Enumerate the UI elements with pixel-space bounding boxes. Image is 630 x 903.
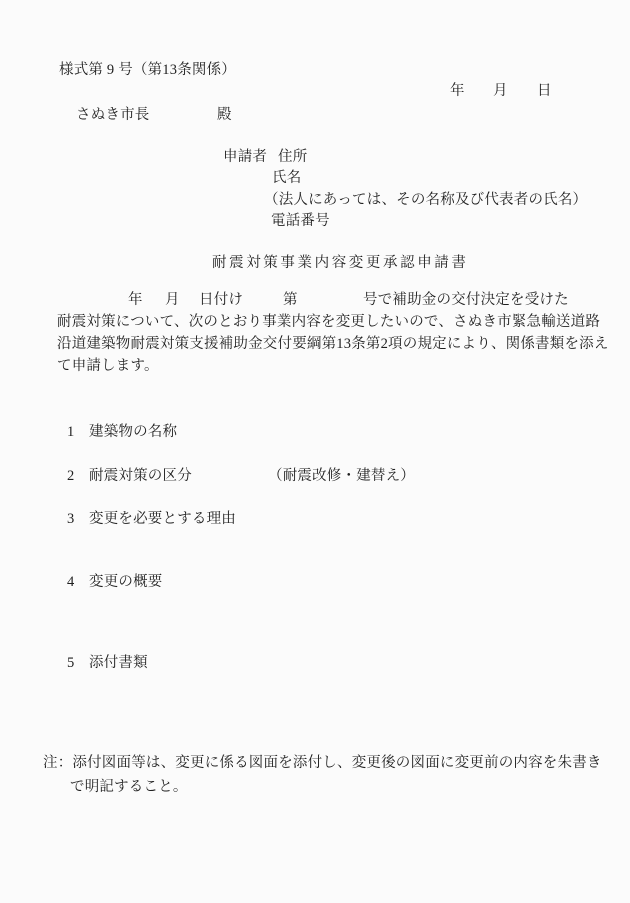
body-line1-tail: 号で補助金の交付決定を受けた bbox=[363, 290, 569, 310]
body-line4: て申請します。 bbox=[57, 356, 159, 376]
form-number: 様式第 9 号（第13条関係） bbox=[59, 60, 236, 80]
date-day-label: 日 bbox=[537, 81, 552, 101]
body-number-prefix: 第 bbox=[283, 290, 298, 310]
addressee-honorific: 殿 bbox=[217, 105, 232, 125]
applicant-address-label: 住所 bbox=[278, 147, 307, 167]
applicant-role-label: 申請者 bbox=[223, 147, 267, 167]
item-4-label: 変更の概要 bbox=[89, 572, 163, 592]
item-4-number: 4 bbox=[67, 572, 74, 592]
item-2-number: 2 bbox=[67, 466, 74, 486]
item-1-label: 建築物の名称 bbox=[89, 422, 177, 442]
applicant-phone-label: 電話番号 bbox=[271, 211, 330, 231]
note-line2: で明記すること。 bbox=[70, 777, 188, 797]
body-date-day: 日付け bbox=[199, 290, 243, 310]
applicant-corporate-note: （法人にあっては、その名称及び代表者の氏名） bbox=[264, 190, 587, 210]
date-year-label: 年 bbox=[450, 81, 465, 101]
applicant-name-label: 氏名 bbox=[272, 168, 301, 188]
body-line2: 耐震対策について、次のとおり事業内容を変更したいので、さぬき市緊急輸送道路 bbox=[57, 312, 600, 332]
document-page: 様式第 9 号（第13条関係） 年 月 日 さぬき市長 殿 申請者 住所 氏名 … bbox=[0, 0, 630, 903]
item-1-number: 1 bbox=[67, 422, 74, 442]
addressee-name: さぬき市長 bbox=[76, 105, 150, 125]
item-3-number: 3 bbox=[67, 509, 74, 529]
date-month-label: 月 bbox=[493, 81, 508, 101]
body-date-month: 月 bbox=[165, 290, 180, 310]
item-3-label: 変更を必要とする理由 bbox=[89, 509, 236, 529]
body-date-year: 年 bbox=[128, 290, 143, 310]
item-5-number: 5 bbox=[67, 653, 74, 673]
item-2-options: （耐震改修・建替え） bbox=[268, 466, 415, 486]
body-line3: 沿道建築物耐震対策支援補助金交付要綱第13条第2項の規定により、関係書類を添え bbox=[57, 334, 609, 354]
document-title: 耐震対策事業内容変更承認申請書 bbox=[212, 253, 469, 273]
item-5-label: 添付書類 bbox=[89, 653, 148, 673]
item-2-label: 耐震対策の区分 bbox=[89, 466, 192, 486]
note-line1: 注：添付図面等は、変更に係る図面を添付し、変更後の図面に変更前の内容を朱書き bbox=[43, 753, 602, 773]
